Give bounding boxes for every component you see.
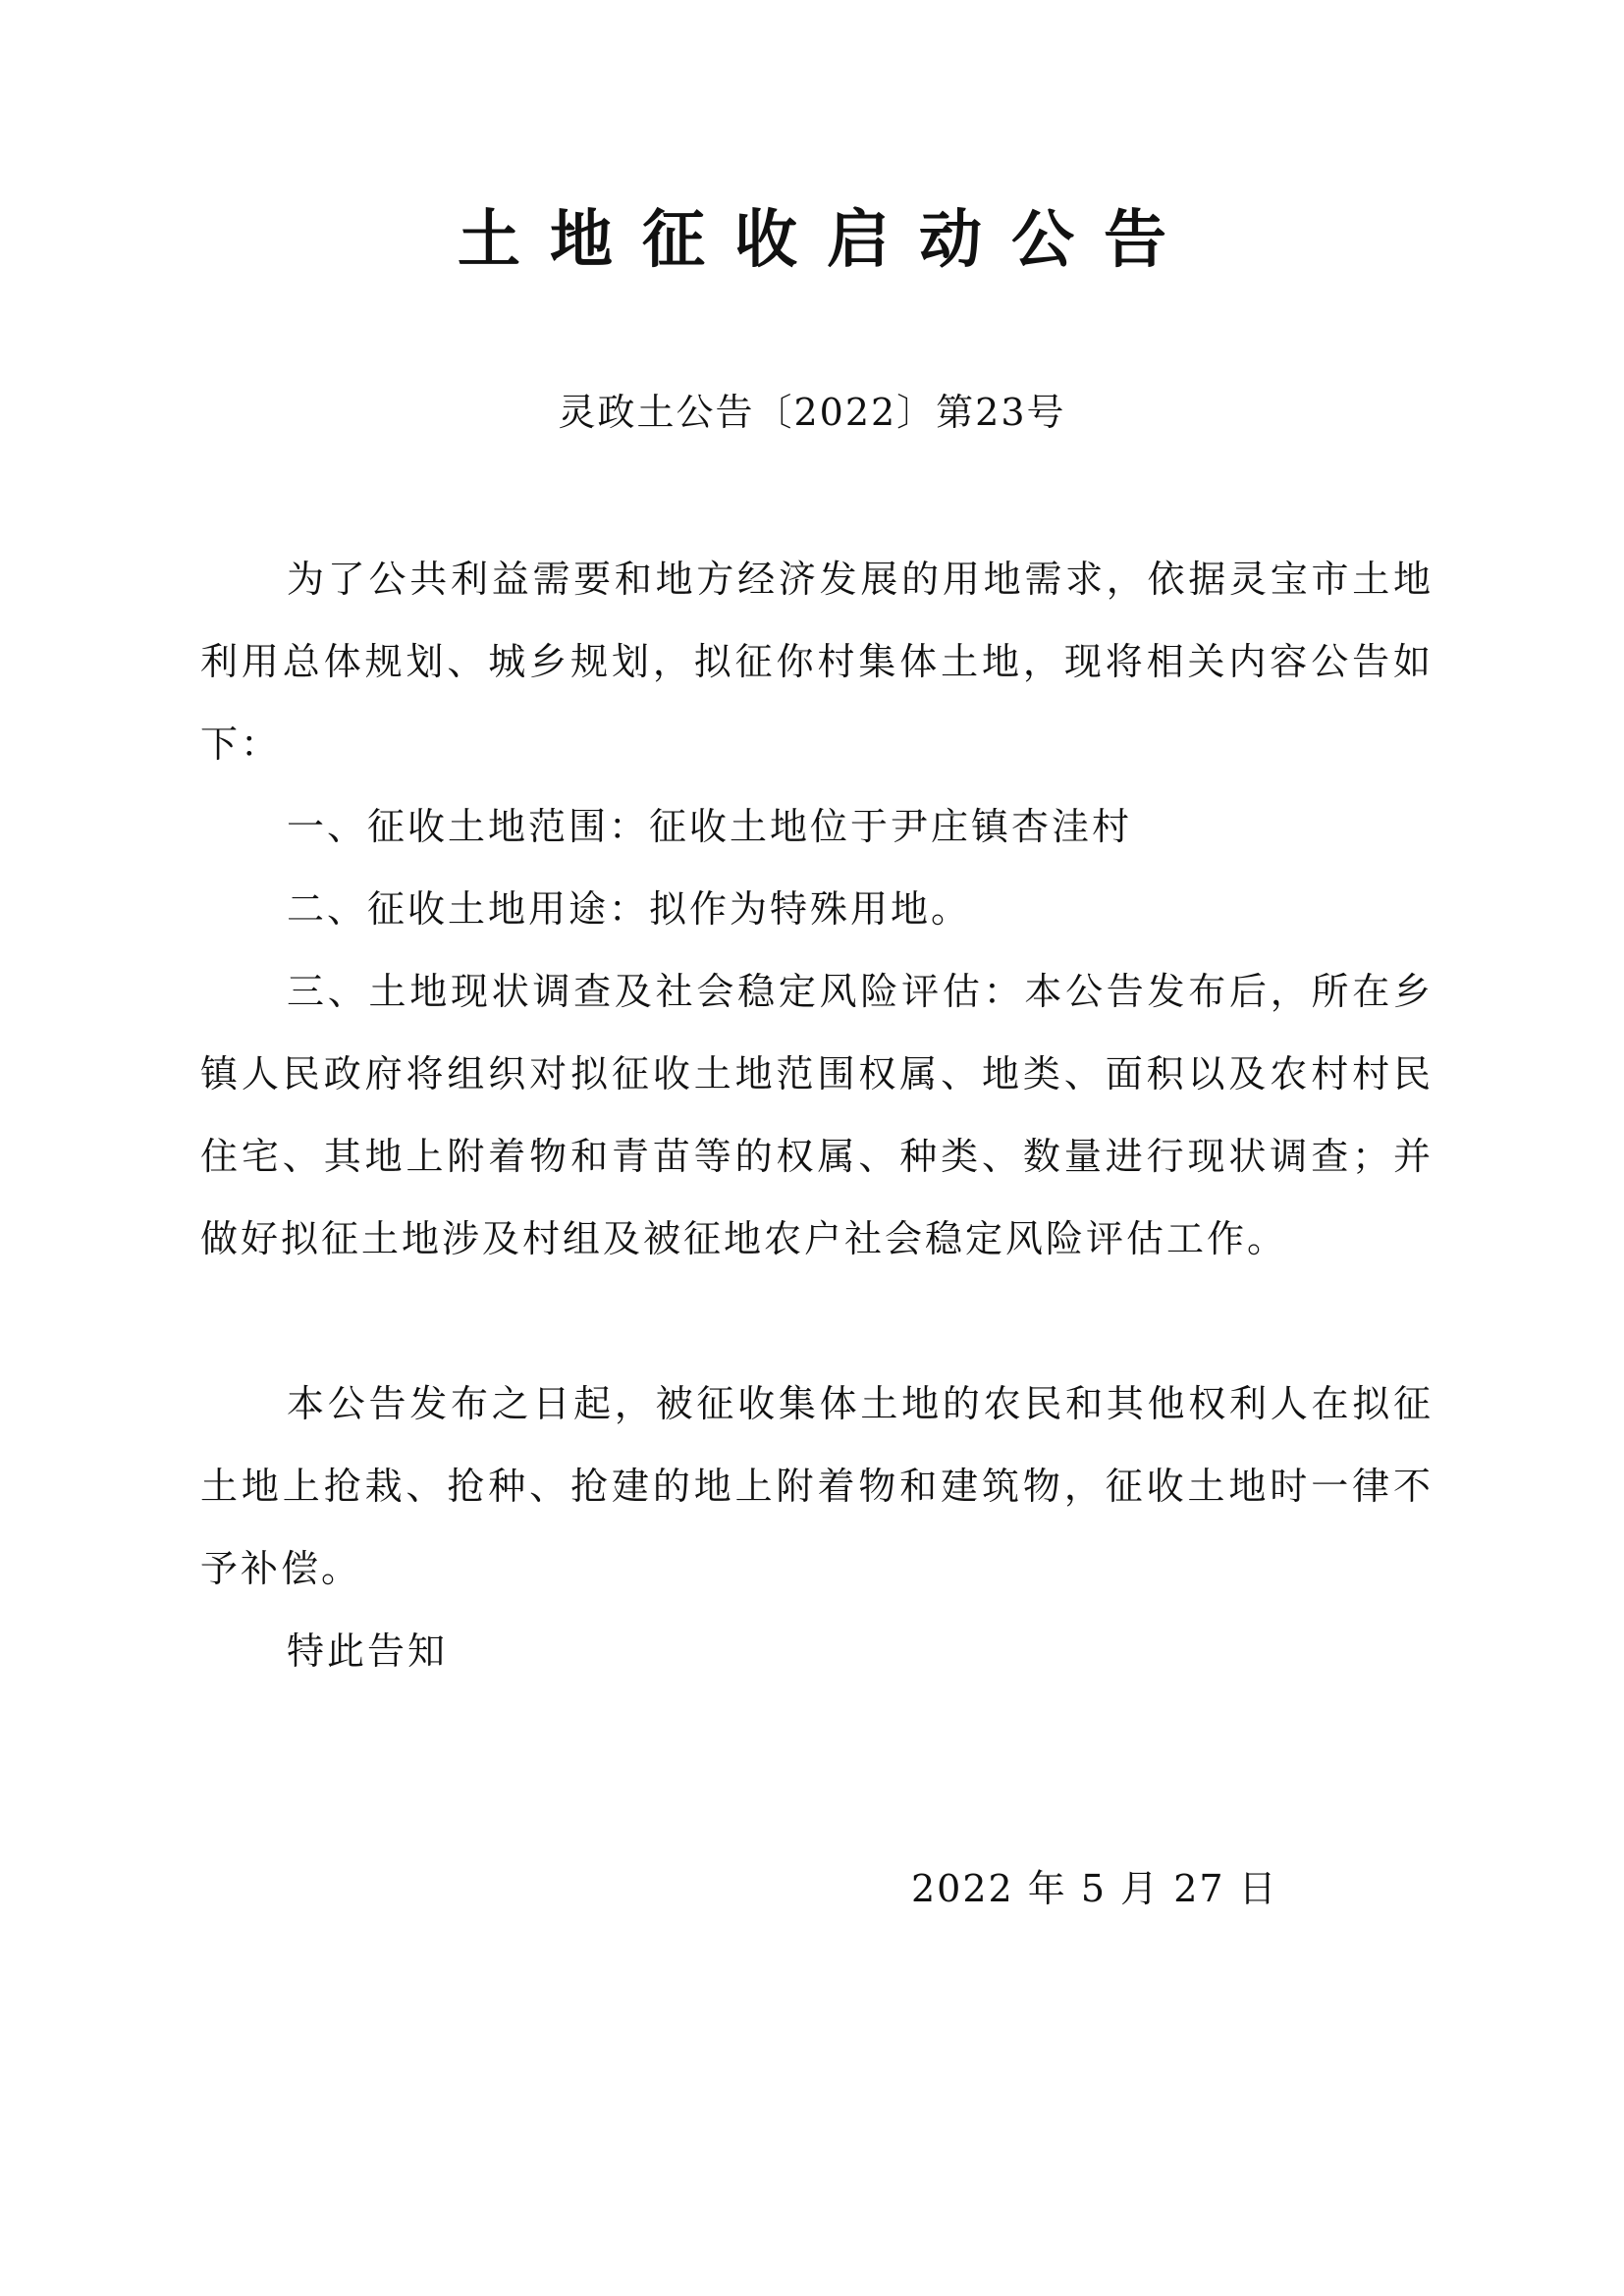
document-page: 土地征收启动公告 灵政土公告〔2022〕第23号 为了公共利益需要和地方经济发展… [0,0,1624,2296]
paragraph-purpose: 二、征收土地用途：拟作为特殊用地。 [200,868,1434,950]
document-date: 2022 年 5 月 27 日 [911,1861,1278,1916]
document-title: 土地征收启动公告 [0,196,1624,285]
paragraph-survey: 三、土地现状调查及社会稳定风险评估：本公告发布后，所在乡镇人民政府将组织对拟征收… [200,950,1434,1280]
paragraph-text: 为了公共利益需要和地方经济发展的用地需求，依据灵宝市土地利用总体规划、城乡规划，… [200,538,1434,785]
paragraph-text: 本公告发布之日起，被征收集体土地的农民和其他权利人在拟征土地上抢栽、抢种、抢建的… [200,1362,1434,1610]
paragraph-scope: 一、征收土地范围：征收土地位于尹庄镇杏洼村 [200,785,1434,868]
paragraph-text: 一、征收土地范围：征收土地位于尹庄镇杏洼村 [200,785,1434,868]
document-number: 灵政土公告〔2022〕第23号 [0,385,1624,440]
paragraph-no-compensation: 本公告发布之日起，被征收集体土地的农民和其他权利人在拟征土地上抢栽、抢种、抢建的… [200,1362,1434,1610]
paragraph-intro: 为了公共利益需要和地方经济发展的用地需求，依据灵宝市土地利用总体规划、城乡规划，… [200,538,1434,785]
paragraph-text: 特此告知 [200,1610,1434,1692]
paragraph-text: 二、征收土地用途：拟作为特殊用地。 [200,868,1434,950]
paragraph-text: 三、土地现状调查及社会稳定风险评估：本公告发布后，所在乡镇人民政府将组织对拟征收… [200,950,1434,1280]
paragraph-closing: 特此告知 [200,1610,1434,1692]
